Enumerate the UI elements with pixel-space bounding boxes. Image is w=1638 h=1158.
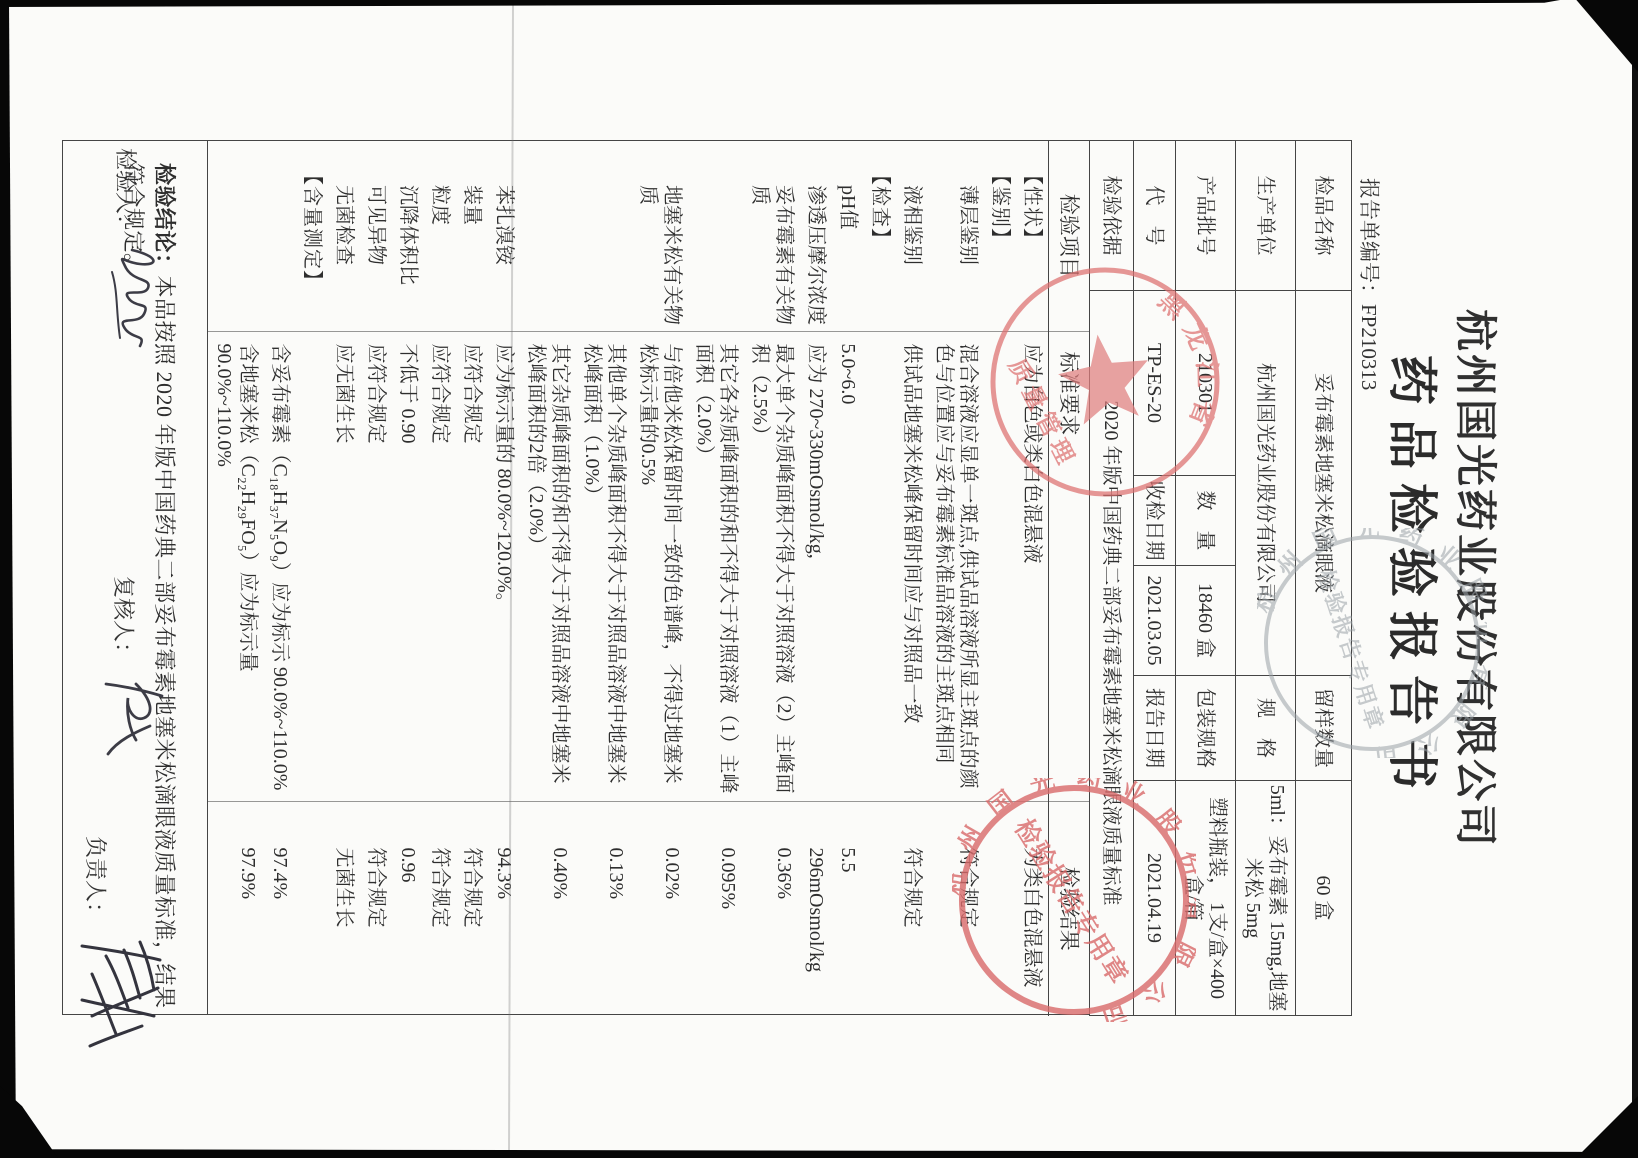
approver-signature: 负责人： (70, 836, 170, 1060)
row-result: 符合规定 (424, 801, 456, 1016)
qty-value: 18460 盒 (1176, 566, 1236, 676)
table-row: 【检查】 (864, 141, 896, 1016)
row-result: 0.36% (744, 801, 800, 1016)
spec-label: 规 格 (1236, 676, 1296, 781)
row-standard: 其他单个杂质峰面积不得大于对照品溶液中地塞米松峰面积（1.0%） (576, 331, 632, 801)
retained-qty-value: 60 盒 (1296, 781, 1352, 1016)
row-label: 薄层鉴别 (928, 141, 984, 331)
table-row: 生产单位 杭州国光药业股份有限公司 规 格 5ml：妥布霉素 15mg,地塞米松… (1236, 141, 1296, 1016)
batch-label: 产品批号 (1176, 141, 1236, 291)
table-row: 【性状】应为白色或类白色混悬液为类白色混悬液 (1016, 141, 1049, 1016)
header-item: 检验项目 (1049, 141, 1090, 331)
table-row: 其它杂质峰面积的和不得大于对照品溶液中地塞米松峰面积的2倍（2.0%）0.40% (520, 141, 576, 1016)
row-standard: 应为标示量的 80.0%~120.0%。 (488, 331, 520, 801)
table-row: 无菌检查应无菌生长无菌生长 (328, 141, 360, 1016)
row-standard: 最大单个杂质峰面积不得大于对照溶液（2）主峰面积（2.5%） (744, 331, 800, 801)
report-tables: 检品名称 妥布霉素地塞米松滴眼液 留样数量 60 盒 生产单位 杭州国光药业股份… (62, 140, 1352, 1015)
manufacturer-label: 生产单位 (1236, 141, 1296, 291)
row-result: 0.02% (632, 801, 688, 1016)
row-standard: 应为白色或类白色混悬液 (1016, 331, 1049, 801)
row-result: 97.4% (264, 801, 296, 1016)
row-standard: 不低于 0.90 (392, 331, 424, 801)
report-date-value: 2021.04.19 (1134, 781, 1176, 1016)
table-row: 渗透压摩尔浓度应为 270~330mOsmol/kg,296mOsmol/kg (800, 141, 832, 1016)
qty-label: 数 量 (1176, 476, 1236, 566)
row-standard: 含地塞米松（C₂₂H₂₉FO₅）应为标示量 90.0%~110.0% (208, 331, 264, 801)
sample-name-value: 妥布霉素地塞米松滴眼液 (1296, 291, 1352, 676)
row-label: 【含量测定】 (296, 141, 328, 331)
row-standard: 应无菌生长 (328, 331, 360, 801)
report-document: 杭州国光药业股份有限公司 药品检验报告书 报告单编号：FP210313 检品名称… (0, 0, 1632, 1158)
row-result: 0.095% (688, 801, 744, 1016)
table-row: 检验依据 2020 年版中国药典二部妥布霉素地塞米松滴眼液质量标准 (1090, 141, 1134, 1016)
row-standard: 应为 270~330mOsmol/kg, (800, 331, 832, 801)
table-row: 地塞米松有关物质与倍他米松保留时间一致的色谱峰，不得过地塞米松标示量的0.5%0… (632, 141, 688, 1016)
row-result: 97.9% (208, 801, 264, 1016)
row-result: 符合规定 (456, 801, 488, 1016)
tester-label: 检验人： (113, 148, 138, 236)
row-standard: 混合溶液应显单一斑点,供试品溶液所显主斑点的颜色与位置应与妥布霉素标准品溶液的主… (928, 331, 984, 801)
report-number-label: 报告单编号： (1357, 178, 1381, 304)
row-result: 0.40% (520, 801, 576, 1016)
row-result (296, 801, 328, 1016)
row-label: 装量 (456, 141, 488, 331)
row-label: 粒度 (424, 141, 456, 331)
table-row: 代 号 TP-ES-20 收检日期 2021.03.05 报告日期 2021.0… (1134, 141, 1176, 1016)
table-row: 液相鉴别供试品地塞米松峰保留时间应与对照品一致符合规定 (896, 141, 928, 1016)
row-result (864, 801, 896, 1016)
row-label (688, 141, 744, 331)
row-result: 296mOsmol/kg (800, 801, 832, 1016)
row-result: 无菌生长 (328, 801, 360, 1016)
company-title: 杭州国光药业股份有限公司 (1448, 0, 1508, 1158)
table-row: 装量应符合规定符合规定 (456, 141, 488, 1016)
table-row: 其他单个杂质峰面积不得大于对照品溶液中地塞米松峰面积（1.0%）0.13% (576, 141, 632, 1016)
header-result: 检验结果 (1049, 801, 1090, 1016)
row-standard (984, 331, 1016, 801)
results-header-row: 检验项目 标准要求 检验结果 (1049, 141, 1090, 1016)
table-row: 薄层鉴别混合溶液应显单一斑点,供试品溶液所显主斑点的颜色与位置应与妥布霉素标准品… (928, 141, 984, 1016)
table-row: 其它各杂质峰面积的和不得大于对照溶液（1）主峰面积（2.0%）0.095% (688, 141, 744, 1016)
row-standard: 5.0~6.0 (832, 331, 864, 801)
manufacturer-value: 杭州国光药业股份有限公司 (1236, 291, 1296, 676)
row-standard: 应符合规定 (360, 331, 392, 801)
approver-signature-scribble (70, 930, 170, 1060)
basis-label: 检验依据 (1090, 141, 1134, 291)
table-row: 沉降体积比不低于 0.900.96 (392, 141, 424, 1016)
sample-info-table: 检品名称 妥布霉素地塞米松滴眼液 留样数量 60 盒 生产单位 杭州国光药业股份… (1089, 140, 1352, 1016)
row-standard: 应符合规定 (424, 331, 456, 801)
table-row: 可见异物应符合规定符合规定 (360, 141, 392, 1016)
row-label: pH值 (832, 141, 864, 331)
row-result: 符合规定 (896, 801, 928, 1016)
table-row: pH值5.0~6.05.5 (832, 141, 864, 1016)
row-label: 可见异物 (360, 141, 392, 331)
row-label: 液相鉴别 (896, 141, 928, 331)
row-standard: 供试品地塞米松峰保留时间应与对照品一致 (896, 331, 928, 801)
sample-name-label: 检品名称 (1296, 141, 1352, 291)
table-row: 含地塞米松（C₂₂H₂₉FO₅）应为标示量 90.0%~110.0%97.9% (208, 141, 264, 1016)
retained-qty-label: 留样数量 (1296, 676, 1352, 781)
reviewer-signature: 复核人： (98, 576, 170, 770)
results-table: 检验项目 标准要求 检验结果 【性状】应为白色或类白色混悬液为类白色混悬液 【鉴… (208, 141, 1089, 1016)
row-standard: 应符合规定 (456, 331, 488, 801)
row-label: 沉降体积比 (392, 141, 424, 331)
code-label: 代 号 (1134, 141, 1176, 291)
report-number-line: 报告单编号：FP210313 (1355, 178, 1385, 390)
table-row: 妥布霉素有关物质最大单个杂质峰面积不得大于对照溶液（2）主峰面积（2.5%）0.… (744, 141, 800, 1016)
row-label: 渗透压摩尔浓度 (800, 141, 832, 331)
approver-label: 负责人： (83, 836, 108, 924)
row-standard: 其它杂质峰面积的和不得大于对照品溶液中地塞米松峰面积的2倍（2.0%） (520, 331, 576, 801)
tester-signature: 检验人： (100, 148, 170, 362)
row-result: 为类白色混悬液 (1016, 801, 1049, 1016)
row-result: 0.96 (392, 801, 424, 1016)
row-result: 94.3% (488, 801, 520, 1016)
pack-label: 包装规格 (1176, 676, 1236, 781)
code-value: TP-ES-20 (1134, 291, 1176, 476)
report-date-label: 报告日期 (1134, 676, 1176, 781)
table-row: 产品批号 210301 数 量 18460 盒 包装规格 塑料瓶装， 1支/盒×… (1176, 141, 1236, 1016)
row-standard (296, 331, 328, 801)
row-label: 【检查】 (864, 141, 896, 331)
report-number-value: FP210313 (1357, 304, 1381, 390)
received-date-label: 收检日期 (1134, 476, 1176, 566)
reviewer-signature-scribble (98, 670, 170, 770)
header-standard: 标准要求 (1049, 331, 1090, 801)
batch-value: 210301 (1176, 291, 1236, 476)
scanned-report-page: 杭州国光药业股份有限公司 药品检验报告书 报告单编号：FP210313 检品名称… (0, 0, 1638, 1158)
results-table-wrap: 检验项目 标准要求 检验结果 【性状】应为白色或类白色混悬液为类白色混悬液 【鉴… (208, 140, 1089, 1015)
row-label: 妥布霉素有关物质 (744, 141, 800, 331)
table-row: 含妥布霉素（C₁₈H₃₇N₅O₉）应为标示 90.0%~110.0%97.4% (264, 141, 296, 1016)
row-standard: 其它各杂质峰面积的和不得大于对照溶液（1）主峰面积（2.0%） (688, 331, 744, 801)
row-label (264, 141, 296, 331)
table-row: 粒度应符合规定符合规定 (424, 141, 456, 1016)
row-label: 苯扎溴铵 (488, 141, 520, 331)
row-label: 【鉴别】 (984, 141, 1016, 331)
row-result: 5.5 (832, 801, 864, 1016)
row-label (520, 141, 576, 331)
row-label: 地塞米松有关物质 (632, 141, 688, 331)
row-standard (864, 331, 896, 801)
row-standard: 含妥布霉素（C₁₈H₃₇N₅O₉）应为标示 90.0%~110.0% (264, 331, 296, 801)
table-row: 【鉴别】 (984, 141, 1016, 1016)
row-result (984, 801, 1016, 1016)
document-title: 药品检验报告书 (1380, 0, 1452, 1158)
row-label: 无菌检查 (328, 141, 360, 331)
row-label: 【性状】 (1016, 141, 1049, 331)
table-row: 【含量测定】 (296, 141, 328, 1016)
row-result: 0.13% (576, 801, 632, 1016)
row-result: 符合规定 (360, 801, 392, 1016)
table-row: 苯扎溴铵应为标示量的 80.0%~120.0%。94.3% (488, 141, 520, 1016)
row-label (208, 141, 264, 331)
row-result: 符合规定 (928, 801, 984, 1016)
table-row: 检品名称 妥布霉素地塞米松滴眼液 留样数量 60 盒 (1296, 141, 1352, 1016)
spec-value: 5ml：妥布霉素 15mg,地塞米松 5mg (1236, 781, 1296, 1016)
row-standard: 与倍他米松保留时间一致的色谱峰，不得过地塞米松标示量的0.5% (632, 331, 688, 801)
reviewer-label: 复核人： (111, 576, 136, 664)
tester-signature-scribble (100, 242, 170, 362)
basis-value: 2020 年版中国药典二部妥布霉素地塞米松滴眼液质量标准 (1090, 291, 1134, 1016)
row-label (576, 141, 632, 331)
received-date-value: 2021.03.05 (1134, 566, 1176, 676)
pack-value: 塑料瓶装， 1支/盒×400 盒/箱 (1176, 781, 1236, 1016)
